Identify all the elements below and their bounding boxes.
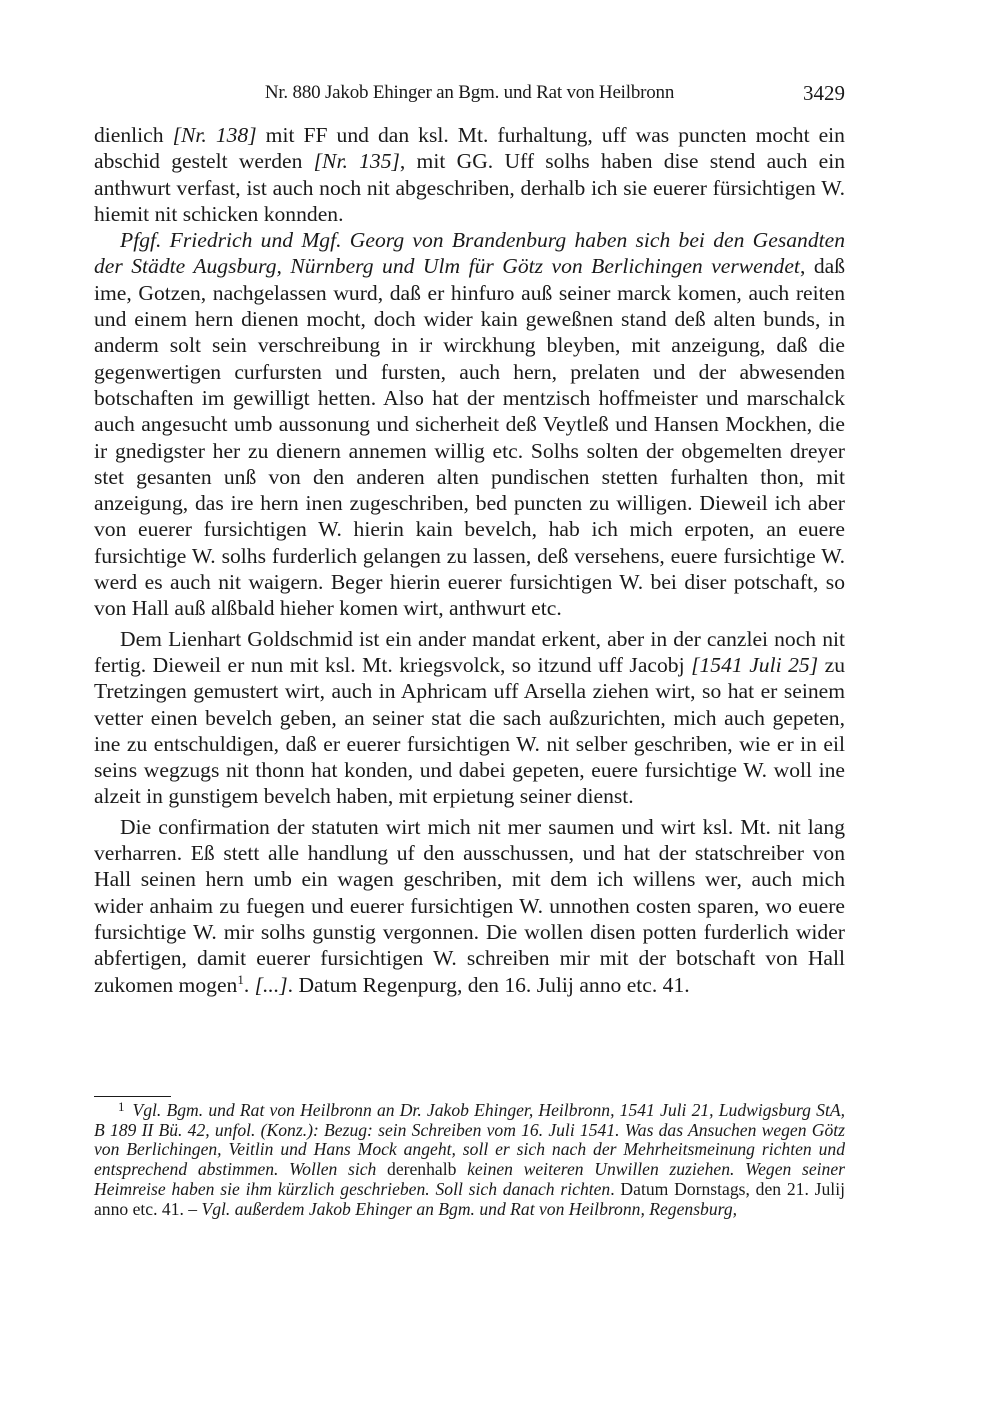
running-head: Nr. 880 Jakob Ehinger an Bgm. und Rat vo… bbox=[94, 78, 845, 108]
omission-mark: [...] bbox=[255, 973, 288, 997]
text: , daß ime, Gotzen, nachgelassen wurd, da… bbox=[94, 254, 845, 620]
editorial-summary: Pfgf. Friedrich und Mgf. Georg von Brand… bbox=[94, 228, 845, 278]
paragraph-2: Pfgf. Friedrich und Mgf. Georg von Brand… bbox=[94, 227, 845, 621]
footnote-number: 1 bbox=[118, 1099, 125, 1114]
text: derenhalb bbox=[376, 1159, 467, 1179]
paragraph-1: dienlich [Nr. 138] mit FF und dan ksl. M… bbox=[94, 122, 845, 227]
page: Nr. 880 Jakob Ehinger an Bgm. und Rat vo… bbox=[94, 78, 845, 998]
paragraph-3: Dem Lienhart Goldschmid ist ein ander ma… bbox=[94, 626, 845, 810]
text: . Datum Regenpurg, den 16. Julij anno et… bbox=[288, 973, 690, 997]
text: Die confirmation der statuten wirt mich … bbox=[94, 815, 845, 997]
body-text: dienlich [Nr. 138] mit FF und dan ksl. M… bbox=[94, 122, 845, 998]
text: dienlich bbox=[94, 123, 173, 147]
running-title: Nr. 880 Jakob Ehinger an Bgm. und Rat vo… bbox=[94, 78, 845, 108]
text: Vgl. außerdem Jakob Ehinger an Bgm. und … bbox=[202, 1199, 738, 1219]
editorial-date: [1541 Juli 25] bbox=[691, 653, 818, 677]
text: . bbox=[244, 973, 255, 997]
editorial-reference: [Nr. 138] bbox=[173, 123, 257, 147]
paragraph-4: Die confirmation der statuten wirt mich … bbox=[94, 814, 845, 998]
page-number: 3429 bbox=[803, 78, 845, 108]
footnote-1: 1Vgl. Bgm. und Rat von Heilbronn an Dr. … bbox=[94, 1101, 845, 1219]
footnotes: 1Vgl. Bgm. und Rat von Heilbronn an Dr. … bbox=[94, 1101, 845, 1219]
footnote-rule bbox=[94, 1096, 171, 1097]
editorial-reference: [Nr. 135] bbox=[314, 149, 400, 173]
